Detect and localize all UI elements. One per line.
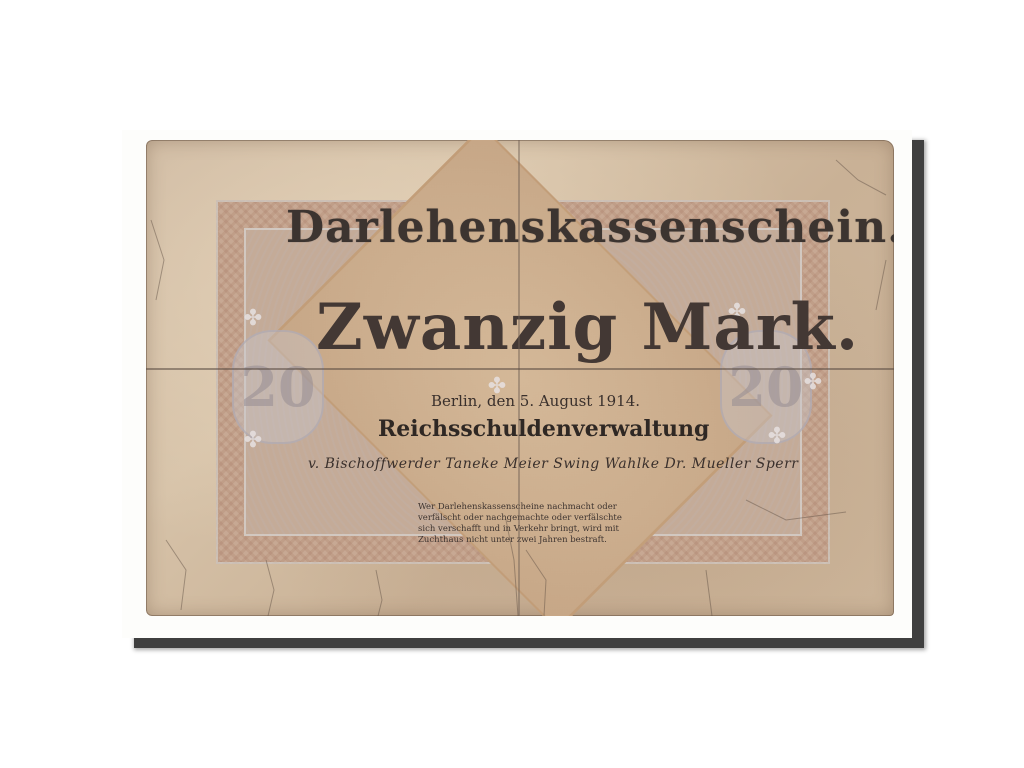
paper-cracks — [146, 140, 894, 616]
banknote: 20 20 ✤ ✤ ✤ ✤ ✤ ✤ Darlehenskassenschein.… — [146, 140, 894, 616]
